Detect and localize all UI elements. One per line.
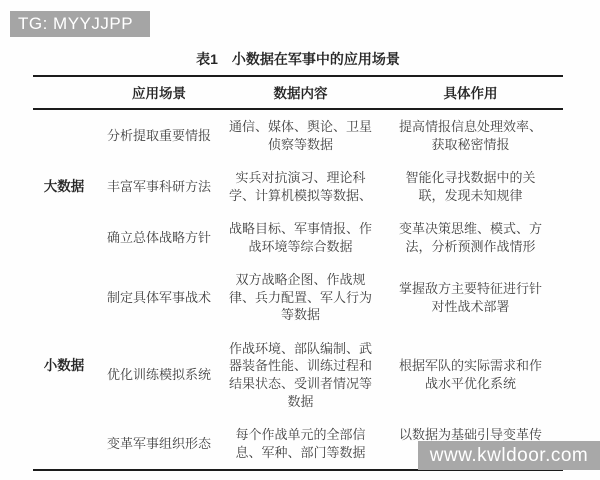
table-row: 大数据 分析提取重要情报 通信、媒体、舆论、卫星侦察等数据 提高情报信息处理效率… [33, 109, 563, 161]
table-row: 小数据 制定具体军事战术 双方战略企图、作战规律、兵力配置、军人行为等数据 掌握… [33, 263, 563, 332]
site-watermark-text: www.kwldoor.com [430, 445, 589, 466]
table-container: 表1小数据在军事中的应用场景 应用场景 数据内容 具体作用 大数据 分析提取重要… [33, 49, 563, 471]
group-label-big-data: 大数据 [33, 109, 95, 263]
cell-effect: 根据军队的实际需求和作战水平优化系统 [378, 332, 563, 418]
table-row: 丰富军事科研方法 实兵对抗演习、理论科学、计算机模拟等数据、 智能化寻找数据中的… [33, 161, 563, 212]
header-group-spacer [33, 76, 95, 109]
cell-data-content: 实兵对抗演习、理论科学、计算机模拟等数据、 [223, 161, 378, 212]
table-header: 应用场景 数据内容 具体作用 [33, 76, 563, 109]
document-page: { "overlays": { "tg_banner": "TG: MYYJJP… [0, 0, 600, 480]
group-label-small-data: 小数据 [33, 263, 95, 470]
header-scenario: 应用场景 [95, 76, 223, 109]
cell-scenario: 变革军事组织形态 [95, 418, 223, 470]
table-row: 确立总体战略方针 战略目标、军事情报、作战环境等综合数据 变革决策思维、模式、方… [33, 212, 563, 263]
cell-effect: 掌握敌方主要特征进行针对性战术部署 [378, 263, 563, 332]
tg-watermark-text: TG: MYYJJPP [18, 14, 133, 33]
cell-scenario: 制定具体军事战术 [95, 263, 223, 332]
cell-effect: 智能化寻找数据中的关联，发现未知规律 [378, 161, 563, 212]
table-title: 表1小数据在军事中的应用场景 [33, 49, 563, 69]
site-watermark-banner: www.kwldoor.com [418, 441, 600, 470]
cell-scenario: 优化训练模拟系统 [95, 332, 223, 418]
cell-effect: 变革决策思维、模式、方法，分析预测作战情形 [378, 212, 563, 263]
cell-effect: 提高情报信息处理效率、获取秘密情报 [378, 109, 563, 161]
cell-scenario: 分析提取重要情报 [95, 109, 223, 161]
cell-scenario: 确立总体战略方针 [95, 212, 223, 263]
header-data-content: 数据内容 [223, 76, 378, 109]
cell-data-content: 作战环境、部队编制、武器装备性能、训练过程和结果状态、受训者情况等数据 [223, 332, 378, 418]
tg-watermark-banner: TG: MYYJJPP [10, 11, 150, 37]
cell-data-content: 每个作战单元的全部信息、军种、部门等数据 [223, 418, 378, 470]
cell-data-content: 通信、媒体、舆论、卫星侦察等数据 [223, 109, 378, 161]
cell-data-content: 双方战略企图、作战规律、兵力配置、军人行为等数据 [223, 263, 378, 332]
cell-data-content: 战略目标、军事情报、作战环境等综合数据 [223, 212, 378, 263]
cell-scenario: 丰富军事科研方法 [95, 161, 223, 212]
header-row: 应用场景 数据内容 具体作用 [33, 76, 563, 109]
application-scenarios-table: 应用场景 数据内容 具体作用 大数据 分析提取重要情报 通信、媒体、舆论、卫星侦… [33, 75, 563, 471]
table-row: 优化训练模拟系统 作战环境、部队编制、武器装备性能、训练过程和结果状态、受训者情… [33, 332, 563, 418]
header-effect: 具体作用 [378, 76, 563, 109]
table-number: 表1 [196, 51, 218, 67]
table-title-text: 小数据在军事中的应用场景 [232, 51, 400, 67]
table-body: 大数据 分析提取重要情报 通信、媒体、舆论、卫星侦察等数据 提高情报信息处理效率… [33, 109, 563, 470]
